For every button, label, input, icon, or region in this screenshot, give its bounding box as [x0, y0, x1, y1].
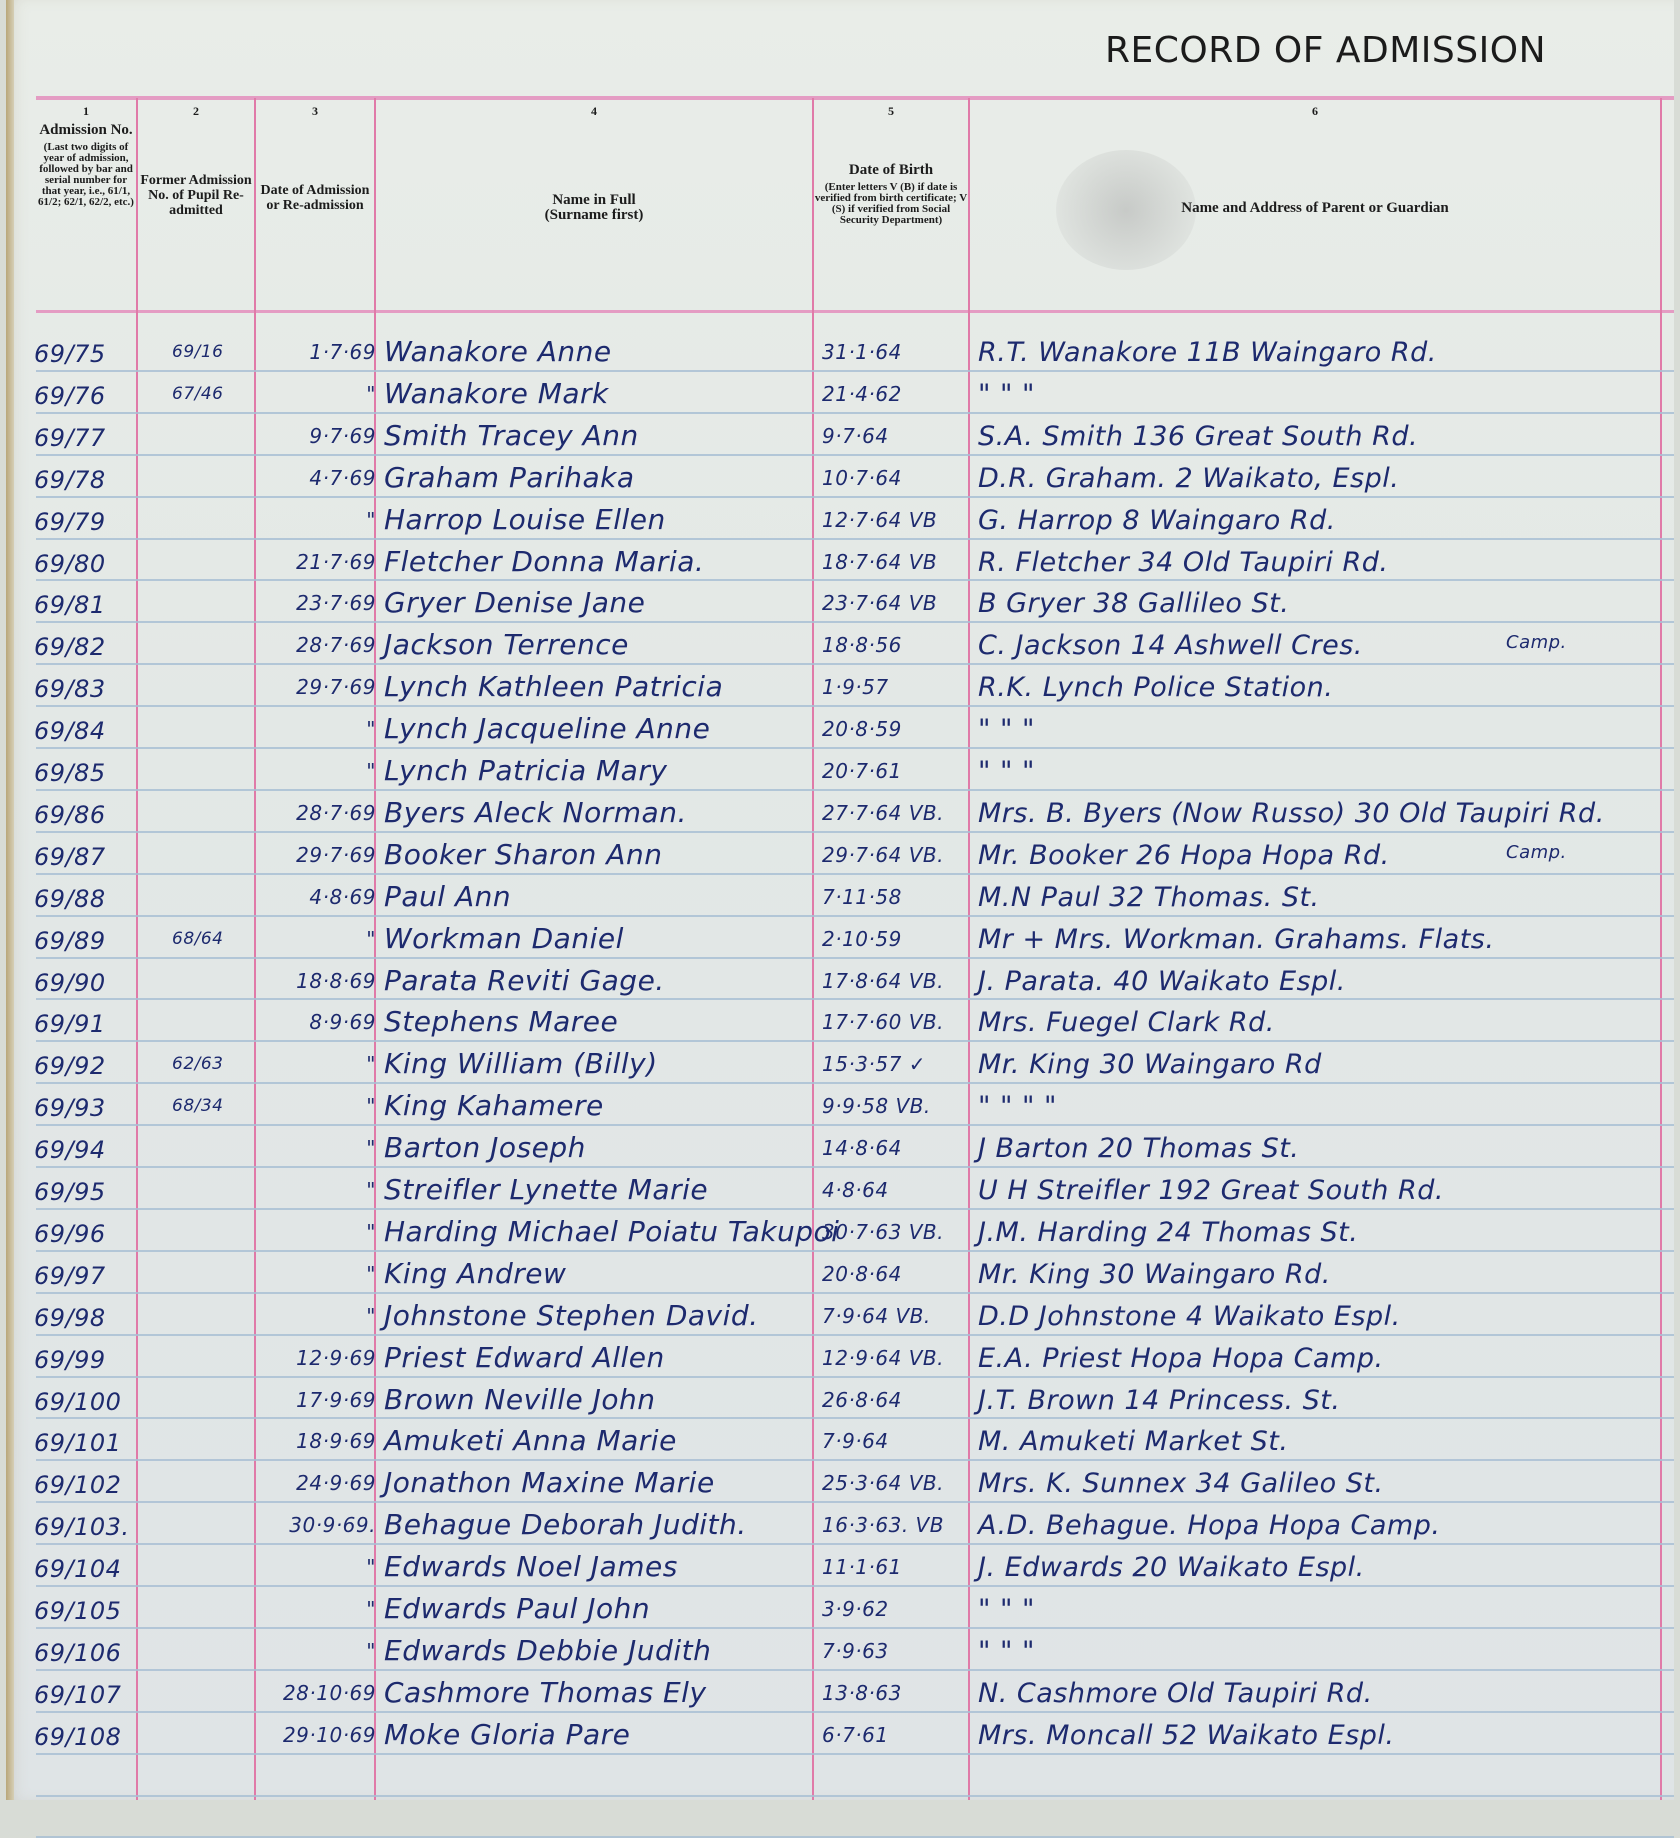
date-of-birth: 20·8·59: [822, 717, 902, 741]
pupil-name: Fletcher Donna Maria.: [384, 545, 704, 578]
date-of-birth: 20·7·61: [822, 759, 902, 783]
pupil-name: Cashmore Thomas Ely: [384, 1676, 707, 1709]
admission-number: 69/96: [34, 1220, 106, 1248]
column-header-admission-no: 1 Admission No. (Last two digits of year…: [36, 104, 136, 304]
date-of-admission: ": [258, 1262, 376, 1286]
table-row: 69/9262/63"King William (Billy)15·3·57 ✓…: [6, 1042, 1674, 1084]
date-of-birth: 17·8·64 VB.: [822, 969, 944, 993]
date-of-admission: ": [258, 1136, 376, 1160]
admission-number: 69/105: [34, 1597, 121, 1625]
parent-guardian: R.T. Wanakore 11B Waingaro Rd.: [978, 337, 1437, 368]
former-admission-number: 68/34: [172, 1096, 224, 1116]
date-of-birth: 7·9·64: [822, 1429, 889, 1453]
date-of-birth: 12·7·64 VB: [822, 508, 937, 532]
pupil-name: Behague Deborah Judith.: [384, 1508, 747, 1541]
date-of-birth: 2·10·59: [822, 927, 902, 951]
parent-guardian: B Gryer 38 Gallileo St.: [978, 588, 1289, 619]
former-admission-number: 69/16: [172, 342, 224, 362]
pupil-name: Edwards Debbie Judith: [384, 1634, 711, 1667]
date-of-admission: 24·9·69: [258, 1471, 376, 1495]
table-row: 69/10728·10·69Cashmore Thomas Ely13·8·63…: [6, 1671, 1674, 1713]
admission-number: 69/91: [34, 1010, 106, 1038]
admission-number: 69/86: [34, 801, 106, 829]
date-of-admission: ": [258, 927, 376, 951]
pupil-name: Edwards Noel James: [384, 1550, 678, 1583]
admission-number: 69/76: [34, 382, 106, 410]
table-row: 69/8123·7·69Gryer Denise Jane23·7·64 VBB…: [6, 581, 1674, 623]
margin-note: Camp.: [1506, 632, 1567, 653]
parent-guardian: " " ": [978, 714, 1035, 745]
table-row: 69/10829·10·69Moke Gloria Pare6·7·61Mrs.…: [6, 1713, 1674, 1755]
parent-guardian: J.M. Harding 24 Thomas St.: [978, 1217, 1358, 1248]
date-of-admission: ": [258, 717, 376, 741]
pupil-name: Streifler Lynette Marie: [384, 1173, 708, 1206]
date-of-birth: 12·9·64 VB.: [822, 1346, 944, 1370]
date-of-admission: 12·9·69: [258, 1346, 376, 1370]
admission-number: 69/89: [34, 927, 106, 955]
parent-guardian: M. Amuketi Market St.: [978, 1426, 1288, 1457]
table-row: 69/84"Lynch Jacqueline Anne20·8·59 " " ": [6, 707, 1674, 749]
table-row: 69/104"Edwards Noel James11·1·61J. Edwar…: [6, 1545, 1674, 1587]
date-of-birth: 31·1·64: [822, 340, 902, 364]
table-row: 69/10017·9·69Brown Neville John26·8·64J.…: [6, 1378, 1674, 1420]
date-of-admission: ": [258, 1304, 376, 1328]
parent-guardian: Mrs. Moncall 52 Waikato Espl.: [978, 1720, 1394, 1751]
table-row: 69/10224·9·69Jonathon Maxine Marie25·3·6…: [6, 1461, 1674, 1503]
header-top-rule: [36, 96, 1674, 100]
admission-number: 69/79: [34, 508, 106, 536]
admission-number: 69/93: [34, 1094, 106, 1122]
parent-guardian: N. Cashmore Old Taupiri Rd.: [978, 1678, 1373, 1709]
date-of-birth: 21·4·62: [822, 382, 902, 406]
pupil-name: King Kahamere: [384, 1089, 604, 1122]
pupil-name: Brown Neville John: [384, 1383, 656, 1416]
date-of-admission: ": [258, 508, 376, 532]
parent-guardian: " " " ": [978, 1091, 1057, 1122]
table-row: 69/9912·9·69Priest Edward Allen12·9·64 V…: [6, 1336, 1674, 1378]
parent-guardian: M.N Paul 32 Thomas. St.: [978, 882, 1320, 913]
date-of-birth: 1·9·57: [822, 675, 889, 699]
table-row: 69/7569/161·7·69Wanakore Anne31·1·64R.T.…: [6, 330, 1674, 372]
pupil-name: Barton Joseph: [384, 1131, 586, 1164]
date-of-birth: 15·3·57 ✓: [822, 1052, 926, 1076]
date-of-birth: 25·3·64 VB.: [822, 1471, 944, 1495]
admission-number: 69/98: [34, 1304, 106, 1332]
page-title: RECORD OF ADMISSION: [1105, 30, 1546, 71]
pupil-name: Johnstone Stephen David.: [384, 1299, 759, 1332]
date-of-admission: 30·9·69.: [258, 1513, 376, 1537]
date-of-admission: 28·7·69: [258, 633, 376, 657]
date-of-admission: 21·7·69: [258, 550, 376, 574]
parent-guardian: R.K. Lynch Police Station.: [978, 672, 1333, 703]
parent-guardian: J. Edwards 20 Waikato Espl.: [978, 1552, 1365, 1583]
table-row: 69/8329·7·69Lynch Kathleen Patricia1·9·5…: [6, 665, 1674, 707]
header-bottom-rule: [36, 310, 1674, 313]
date-of-admission: ": [258, 1178, 376, 1202]
date-of-birth: 26·8·64: [822, 1388, 902, 1412]
admission-number: 69/103.: [34, 1513, 130, 1541]
margin-note: Camp.: [1506, 842, 1567, 863]
date-of-admission: ": [258, 1639, 376, 1663]
pupil-name: Lynch Patricia Mary: [384, 754, 667, 787]
parent-guardian: J. Parata. 40 Waikato Espl.: [978, 966, 1346, 997]
admission-number: 69/95: [34, 1178, 106, 1206]
admission-number: 69/85: [34, 759, 106, 787]
date-of-birth: 11·1·61: [822, 1555, 902, 1579]
parent-guardian: A.D. Behague. Hopa Hopa Camp.: [978, 1510, 1440, 1541]
parent-guardian: " " ": [978, 1594, 1035, 1625]
admission-number: 69/88: [34, 885, 106, 913]
former-admission-number: 68/64: [172, 929, 224, 949]
admission-number: 69/75: [34, 340, 106, 368]
date-of-birth: 30·7·63 VB.: [822, 1220, 944, 1244]
table-row: 69/7667/46"Wanakore Mark21·4·62 " " ": [6, 372, 1674, 414]
date-of-birth: 6·7·61: [822, 1723, 889, 1747]
table-row: 69/9368/34"King Kahamere9·9·58 VB. " " "…: [6, 1084, 1674, 1126]
column-header-date-of-birth: 5 Date of Birth (Enter letters V (B) if …: [814, 104, 968, 304]
parent-guardian: Mr. King 30 Waingaro Rd.: [978, 1259, 1331, 1290]
column-header-former-admission: 2 Former Admission No. of Pupil Re-admit…: [138, 104, 254, 304]
date-of-admission: ": [258, 1094, 376, 1118]
admission-number: 69/82: [34, 633, 106, 661]
ruled-line: [36, 1795, 1674, 1797]
date-of-admission: ": [258, 382, 376, 406]
date-of-admission: 23·7·69: [258, 591, 376, 615]
date-of-admission: 29·10·69: [258, 1723, 376, 1747]
pupil-name: Harding Michael Poiatu Takupoi: [384, 1215, 839, 1248]
parent-guardian: J.T. Brown 14 Princess. St.: [978, 1385, 1340, 1416]
table-row: 69/779·7·69Smith Tracey Ann9·7·64S.A. Sm…: [6, 414, 1674, 456]
pupil-name: Stephens Maree: [384, 1005, 618, 1038]
date-of-admission: ": [258, 1597, 376, 1621]
date-of-admission: 28·10·69: [258, 1681, 376, 1705]
admission-number: 69/87: [34, 843, 106, 871]
pupil-name: King William (Billy): [384, 1047, 658, 1080]
parent-guardian: E.A. Priest Hopa Hopa Camp.: [978, 1343, 1384, 1374]
date-of-birth: 14·8·64: [822, 1136, 902, 1160]
table-row: 69/95"Streifler Lynette Marie4·8·64U H S…: [6, 1168, 1674, 1210]
date-of-admission: 28·7·69: [258, 801, 376, 825]
date-of-birth: 4·8·64: [822, 1178, 889, 1202]
parent-guardian: " " ": [978, 756, 1035, 787]
date-of-birth: 3·9·62: [822, 1597, 889, 1621]
admission-number: 69/83: [34, 675, 106, 703]
admission-number: 69/94: [34, 1136, 106, 1164]
table-row: 69/105"Edwards Paul John3·9·62 " " ": [6, 1587, 1674, 1629]
parent-guardian: " " ": [978, 1636, 1035, 1667]
parent-guardian: C. Jackson 14 Ashwell Cres.: [978, 630, 1363, 661]
parent-guardian: Mrs. K. Sunnex 34 Galileo St.: [978, 1468, 1384, 1499]
date-of-admission: 8·9·69: [258, 1010, 376, 1034]
date-of-birth: 7·9·63: [822, 1639, 889, 1663]
date-of-birth: 13·8·63: [822, 1681, 902, 1705]
admission-number: 69/100: [34, 1388, 121, 1416]
admission-number: 69/104: [34, 1555, 121, 1583]
date-of-birth: 10·7·64: [822, 466, 902, 490]
admission-number: 69/107: [34, 1681, 121, 1709]
pupil-name: Moke Gloria Pare: [384, 1718, 630, 1751]
table-row: 69/94"Barton Joseph14·8·64J Barton 20 Th…: [6, 1126, 1674, 1168]
parent-guardian: U H Streifler 192 Great South Rd.: [978, 1175, 1444, 1206]
pupil-name: Smith Tracey Ann: [384, 419, 639, 452]
table-row: 69/103.30·9·69.Behague Deborah Judith.16…: [6, 1503, 1674, 1545]
date-of-birth: 7·11·58: [822, 885, 902, 909]
table-row: 69/10118·9·69Amuketi Anna Marie7·9·64M. …: [6, 1419, 1674, 1461]
table-row: 69/8628·7·69Byers Aleck Norman.27·7·64 V…: [6, 791, 1674, 833]
pupil-name: Harrop Louise Ellen: [384, 503, 666, 536]
date-of-birth: 18·7·64 VB: [822, 550, 937, 574]
admission-number: 69/81: [34, 591, 106, 619]
date-of-admission: 29·7·69: [258, 675, 376, 699]
table-row: 69/8228·7·69Jackson Terrence18·8·56C. Ja…: [6, 623, 1674, 665]
date-of-admission: ": [258, 759, 376, 783]
admission-number: 69/101: [34, 1429, 121, 1457]
pupil-name: Byers Aleck Norman.: [384, 796, 687, 829]
pupil-name: Priest Edward Allen: [384, 1341, 665, 1374]
table-row: 69/96"Harding Michael Poiatu Takupoi30·7…: [6, 1210, 1674, 1252]
pupil-name: Graham Parihaka: [384, 461, 635, 494]
date-of-admission: 4·8·69: [258, 885, 376, 909]
parent-guardian: J Barton 20 Thomas St.: [978, 1133, 1299, 1164]
table-row: 69/9018·8·69Parata Reviti Gage.17·8·64 V…: [6, 959, 1674, 1001]
date-of-admission: ": [258, 1555, 376, 1579]
pupil-name: Edwards Paul John: [384, 1592, 650, 1625]
parent-guardian: Mr. King 30 Waingaro Rd: [978, 1049, 1322, 1080]
date-of-admission: 4·7·69: [258, 466, 376, 490]
date-of-birth: 29·7·64 VB.: [822, 843, 944, 867]
column-header-parent-guardian: 6 Name and Address of Parent or Guardian: [970, 104, 1660, 304]
table-row: 69/79"Harrop Louise Ellen12·7·64 VBG. Ha…: [6, 498, 1674, 540]
pupil-name: Parata Reviti Gage.: [384, 964, 665, 997]
table-row: 69/98"Johnstone Stephen David.7·9·64 VB.…: [6, 1294, 1674, 1336]
pupil-name: Lynch Jacqueline Anne: [384, 712, 710, 745]
parent-guardian: Mr + Mrs. Workman. Grahams. Flats.: [978, 924, 1494, 955]
parent-guardian: D.D Johnstone 4 Waikato Espl.: [978, 1301, 1401, 1332]
date-of-birth: 9·7·64: [822, 424, 889, 448]
date-of-admission: 18·9·69: [258, 1429, 376, 1453]
date-of-admission: 17·9·69: [258, 1388, 376, 1412]
table-row: 69/106"Edwards Debbie Judith7·9·63 " " ": [6, 1629, 1674, 1671]
table-row: 69/784·7·69Graham Parihaka10·7·64D.R. Gr…: [6, 456, 1674, 498]
pupil-name: Amuketi Anna Marie: [384, 1424, 677, 1457]
date-of-admission: 29·7·69: [258, 843, 376, 867]
admission-number: 69/106: [34, 1639, 121, 1667]
column-header-date-of-admission: 3 Date of Admission or Re-admission: [256, 104, 374, 304]
parent-guardian: S.A. Smith 136 Great South Rd.: [978, 421, 1418, 452]
pupil-name: Lynch Kathleen Patricia: [384, 670, 723, 703]
parent-guardian: Mrs. Fuegel Clark Rd.: [978, 1007, 1275, 1038]
date-of-admission: 9·7·69: [258, 424, 376, 448]
date-of-admission: 1·7·69: [258, 340, 376, 364]
parent-guardian: " " ": [978, 379, 1035, 410]
pupil-name: Wanakore Anne: [384, 335, 612, 368]
admission-number: 69/77: [34, 424, 106, 452]
pupil-name: Wanakore Mark: [384, 377, 609, 410]
date-of-admission: ": [258, 1052, 376, 1076]
table-row: 69/97"King Andrew20·8·64Mr. King 30 Wain…: [6, 1252, 1674, 1294]
parent-guardian: D.R. Graham. 2 Waikato, Espl.: [978, 463, 1399, 494]
date-of-birth: 7·9·64 VB.: [822, 1304, 931, 1328]
admission-number: 69/97: [34, 1262, 106, 1290]
date-of-admission: 18·8·69: [258, 969, 376, 993]
table-row: 69/884·8·69Paul Ann7·11·58M.N Paul 32 Th…: [6, 875, 1674, 917]
pupil-name: King Andrew: [384, 1257, 566, 1290]
parent-guardian: R. Fletcher 34 Old Taupiri Rd.: [978, 547, 1388, 578]
admission-number: 69/108: [34, 1723, 121, 1751]
date-of-birth: 20·8·64: [822, 1262, 902, 1286]
pupil-name: Jonathon Maxine Marie: [384, 1466, 715, 1499]
admission-number: 69/80: [34, 550, 106, 578]
pupil-name: Gryer Denise Jane: [384, 586, 645, 619]
date-of-birth: 17·7·60 VB.: [822, 1010, 944, 1034]
date-of-birth: 23·7·64 VB: [822, 591, 937, 615]
admission-number: 69/90: [34, 969, 106, 997]
date-of-birth: 27·7·64 VB.: [822, 801, 944, 825]
pupil-name: Booker Sharon Ann: [384, 838, 662, 871]
date-of-admission: ": [258, 1220, 376, 1244]
column-header-name-in-full: 4 Name in Full (Surname first): [376, 104, 812, 304]
date-of-birth: 9·9·58 VB.: [822, 1094, 931, 1118]
table-row: 69/918·9·69Stephens Maree17·7·60 VB.Mrs.…: [6, 1000, 1674, 1042]
admission-number: 69/102: [34, 1471, 121, 1499]
table-row: 69/8729·7·69Booker Sharon Ann29·7·64 VB.…: [6, 833, 1674, 875]
parent-guardian: G. Harrop 8 Waingaro Rd.: [978, 505, 1336, 536]
register-page: RECORD OF ADMISSION 1 Admission No. (Las…: [6, 0, 1674, 1800]
admission-number: 69/84: [34, 717, 106, 745]
date-of-birth: 18·8·56: [822, 633, 902, 657]
admission-number: 69/99: [34, 1346, 106, 1374]
pupil-name: Workman Daniel: [384, 922, 624, 955]
table-row: 69/8968/64"Workman Daniel2·10·59Mr + Mrs…: [6, 917, 1674, 959]
former-admission-number: 62/63: [172, 1054, 224, 1074]
pupil-name: Jackson Terrence: [384, 628, 629, 661]
pupil-name: Paul Ann: [384, 880, 511, 913]
admission-number: 69/78: [34, 466, 106, 494]
parent-guardian: Mrs. B. Byers (Now Russo) 30 Old Taupiri…: [978, 798, 1605, 829]
table-row: 69/8021·7·69Fletcher Donna Maria.18·7·64…: [6, 540, 1674, 582]
table-row: 69/85"Lynch Patricia Mary20·7·61 " " ": [6, 749, 1674, 791]
former-admission-number: 67/46: [172, 384, 224, 404]
date-of-birth: 16·3·63. VB: [822, 1513, 944, 1537]
admission-number: 69/92: [34, 1052, 106, 1080]
parent-guardian: Mr. Booker 26 Hopa Hopa Rd.: [978, 840, 1390, 871]
